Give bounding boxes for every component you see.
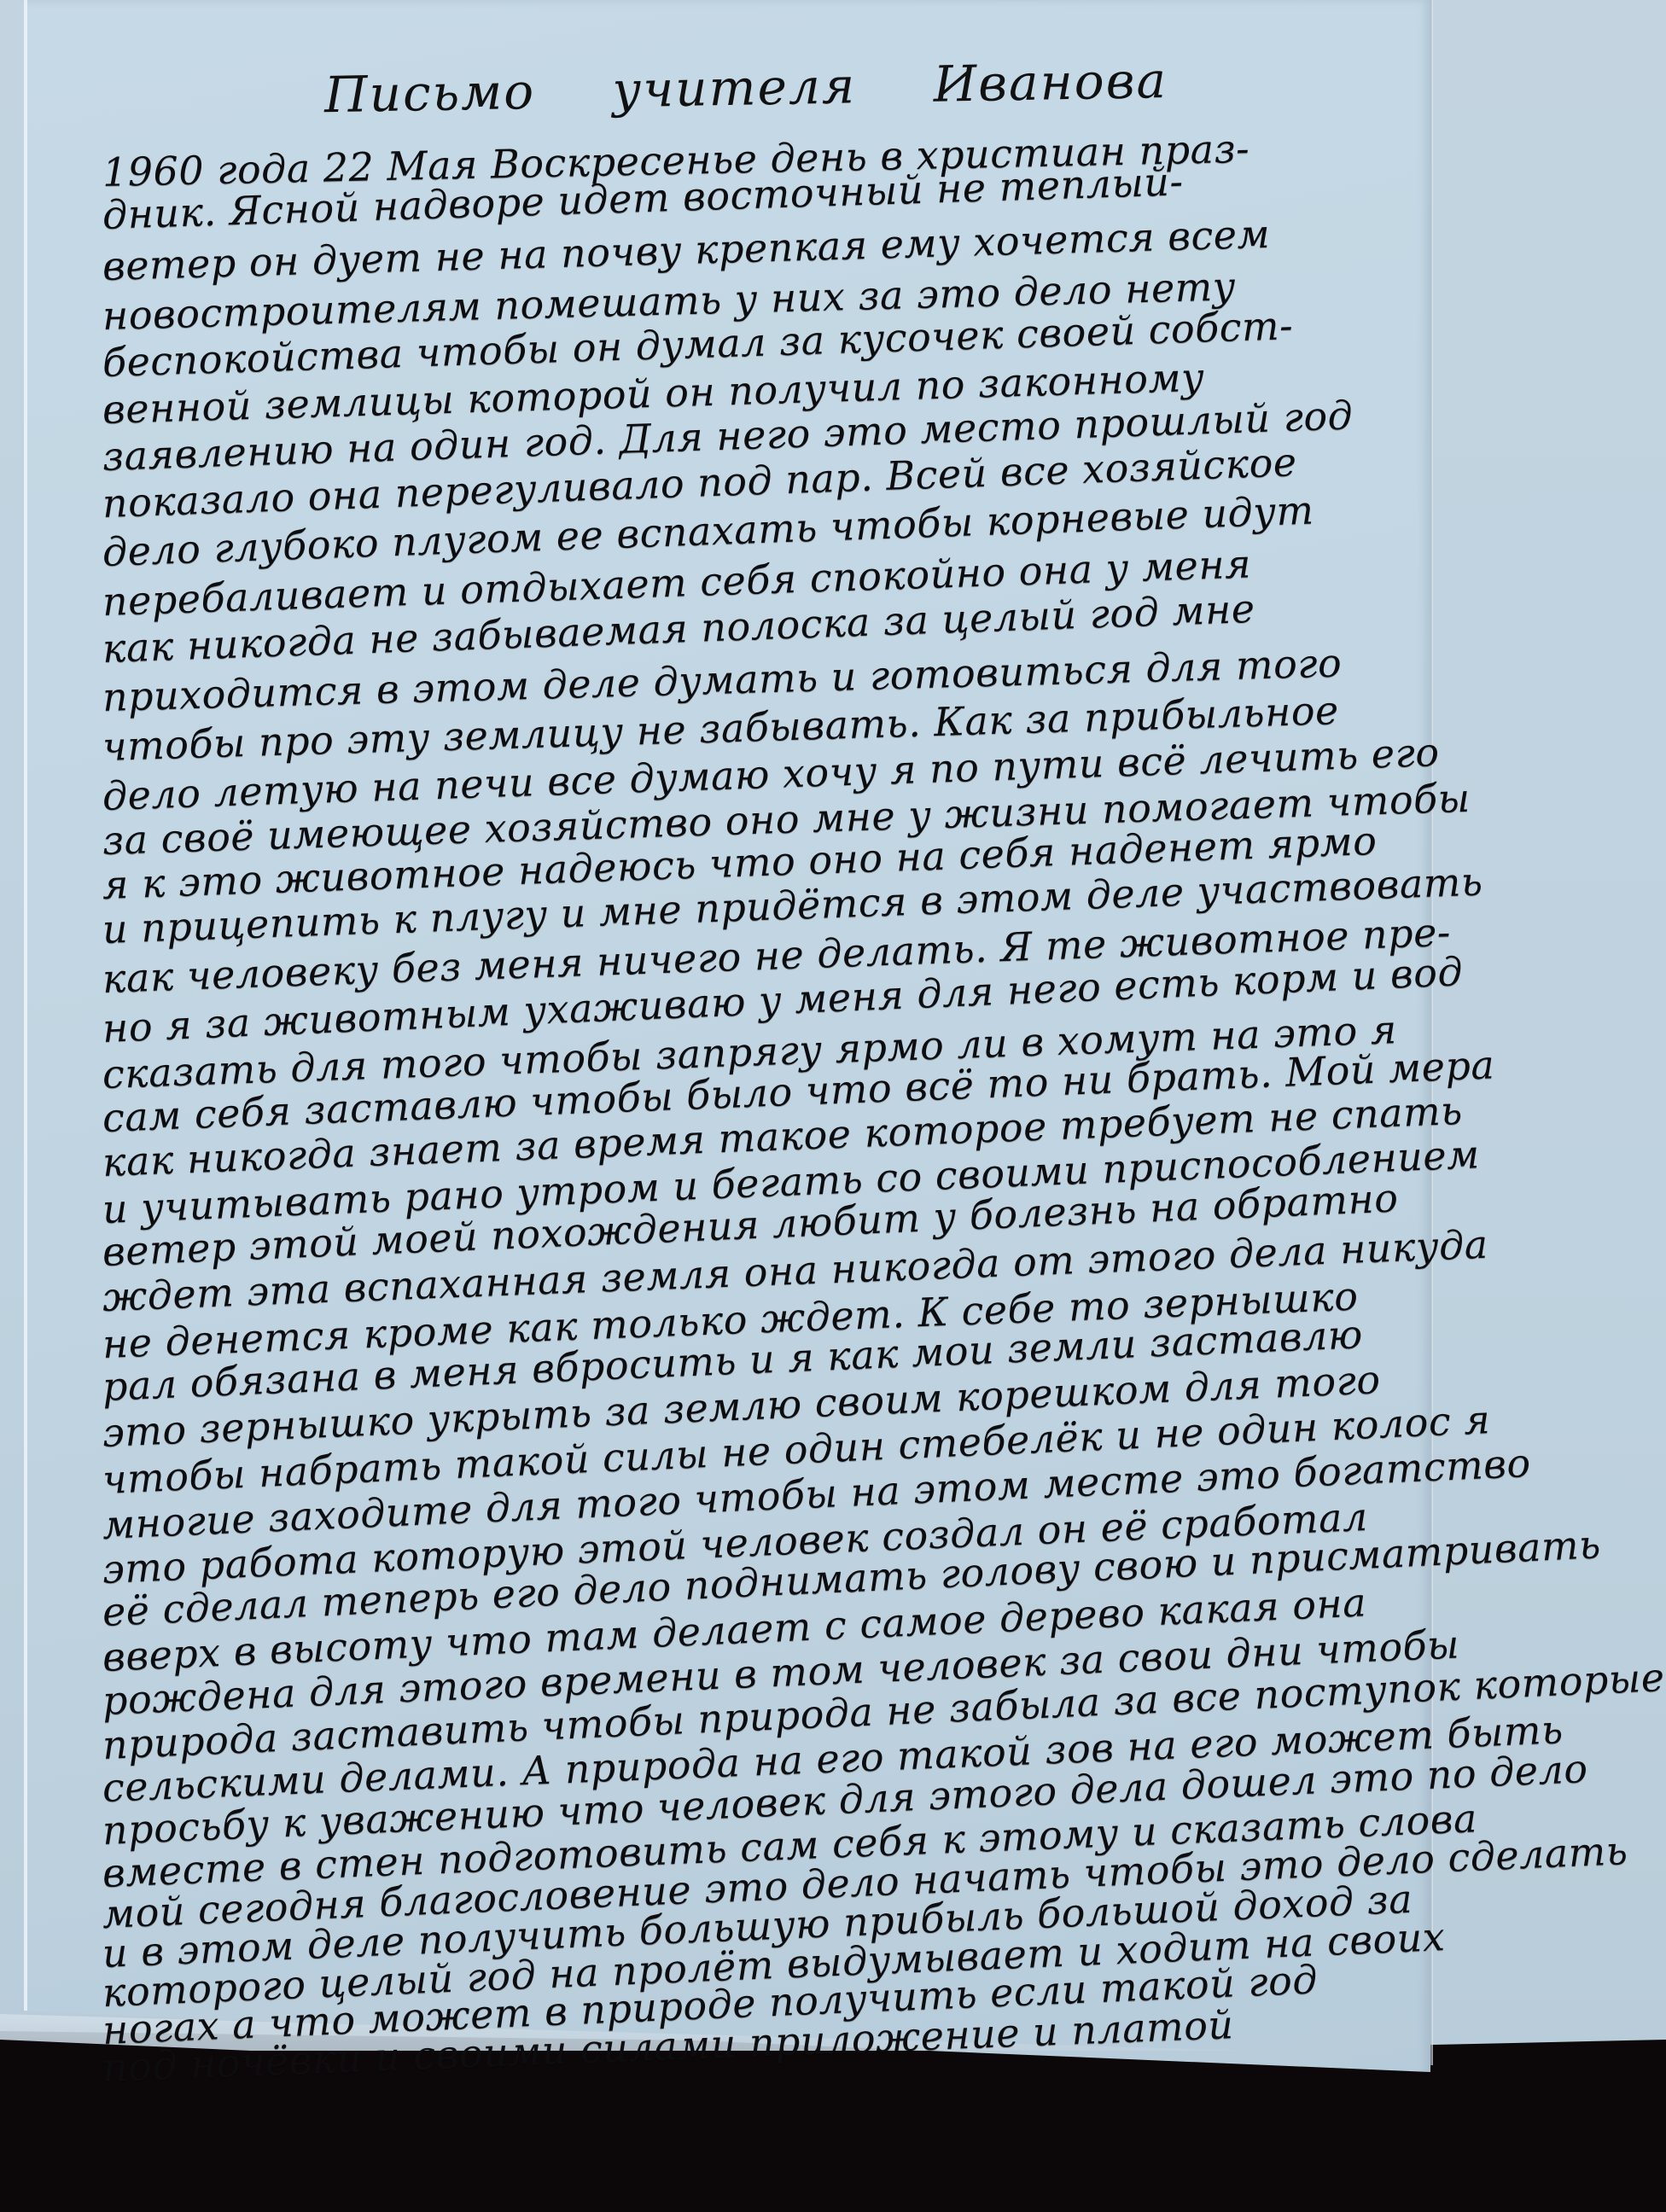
title-word-teacher: учителя (612, 56, 857, 119)
letter-title: Письмо учителя Иванова (323, 50, 1227, 124)
title-word-name: Иванова (933, 51, 1168, 114)
handwritten-letter: Письмо учителя Иванова 1960 года 22 Мая … (0, 0, 1666, 2082)
title-word-letter: Письмо (323, 62, 535, 124)
